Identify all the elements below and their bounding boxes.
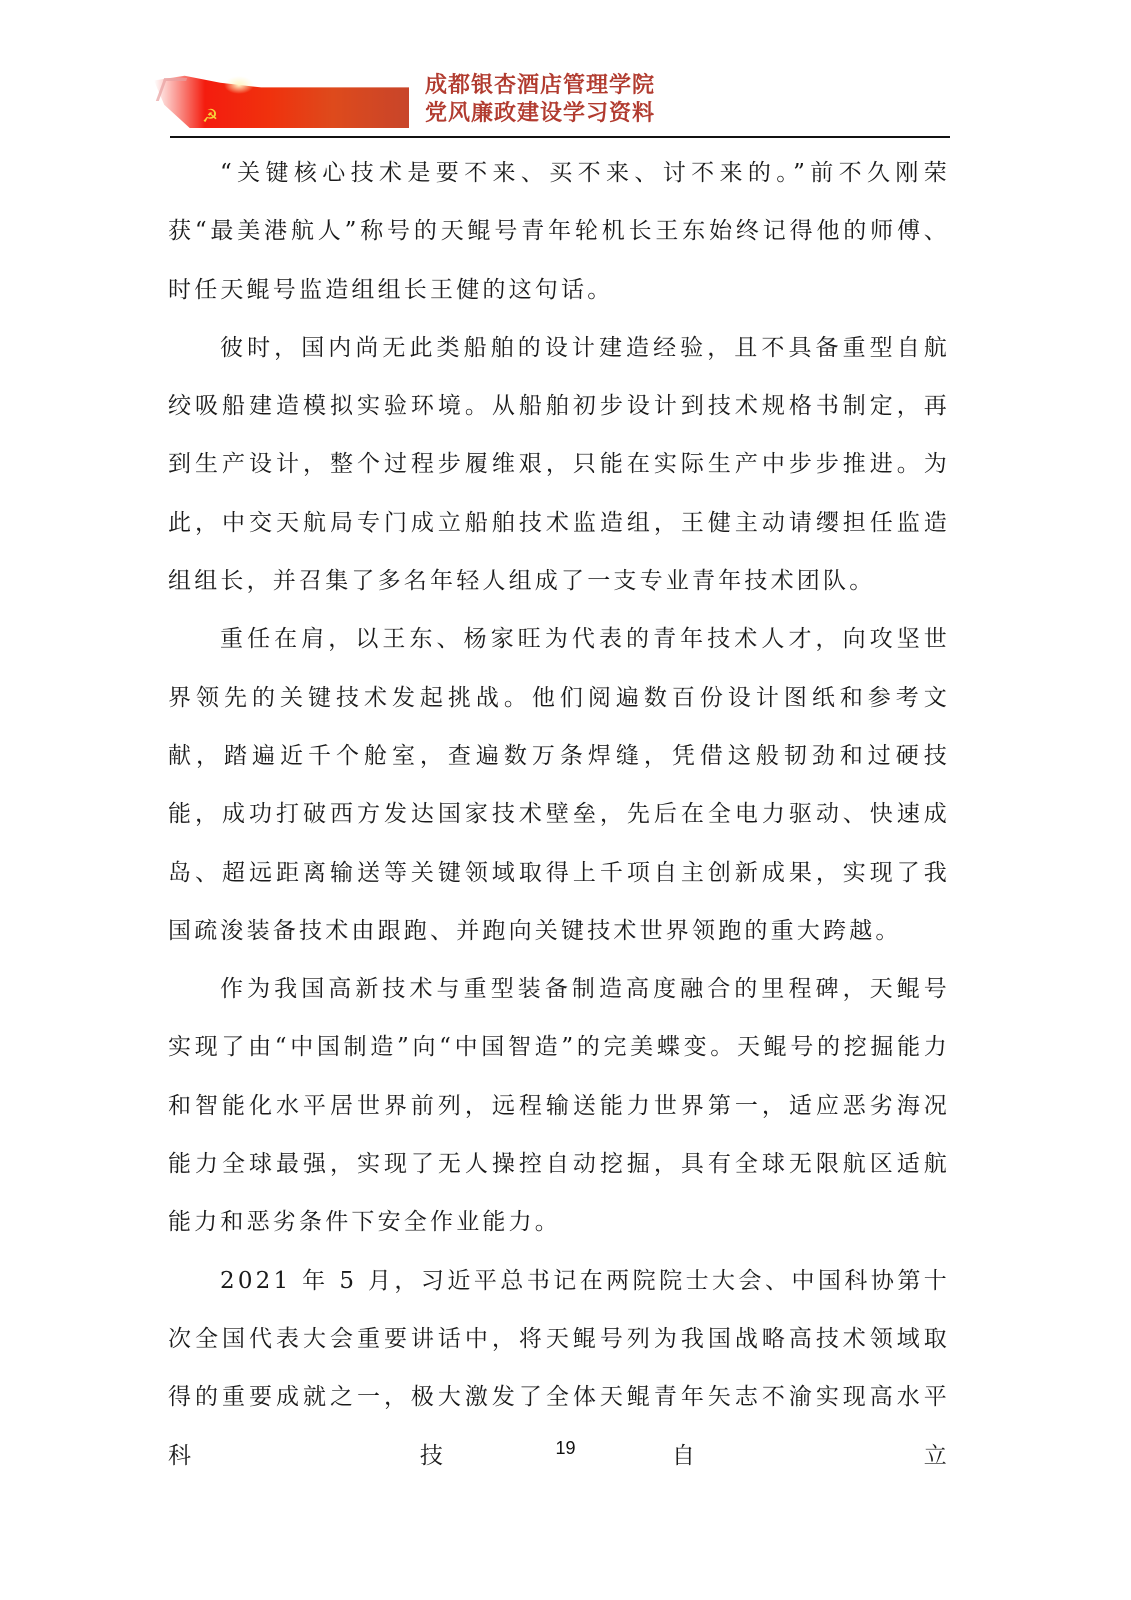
- page-header: ☭ 成都银杏酒店管理学院 党风廉政建设学习资料: [150, 66, 950, 130]
- hammer-sickle-icon: ☭: [202, 106, 218, 127]
- paragraph: “关键核心技术是要不来、买不来、讨不来的。”前不久刚荣获“最美港航人”称号的天鲲…: [168, 144, 950, 319]
- document-body: “关键核心技术是要不来、买不来、讨不来的。”前不久刚荣获“最美港航人”称号的天鲲…: [168, 144, 950, 1485]
- party-flag-banner-icon: ☭: [154, 70, 409, 128]
- document-series-title: 党风廉政建设学习资料: [425, 100, 655, 128]
- header-titles: 成都银杏酒店管理学院 党风廉政建设学习资料: [425, 72, 655, 128]
- flag-gradient: [154, 70, 409, 128]
- paragraph: 重任在肩，以王东、杨家旺为代表的青年技术人才，向攻坚世界领先的关键技术发起挑战。…: [168, 610, 950, 960]
- header-divider: [170, 136, 950, 138]
- page-number: 19: [0, 1438, 1131, 1459]
- glow-decoration: [224, 76, 254, 94]
- paragraph: 彼时，国内尚无此类船舶的设计建造经验，且不具备重型自航绞吸船建造模拟实验环境。从…: [168, 319, 950, 610]
- institution-name: 成都银杏酒店管理学院: [425, 72, 655, 100]
- paragraph: 作为我国高新技术与重型装备制造高度融合的里程碑，天鲲号实现了由“中国制造”向“中…: [168, 960, 950, 1251]
